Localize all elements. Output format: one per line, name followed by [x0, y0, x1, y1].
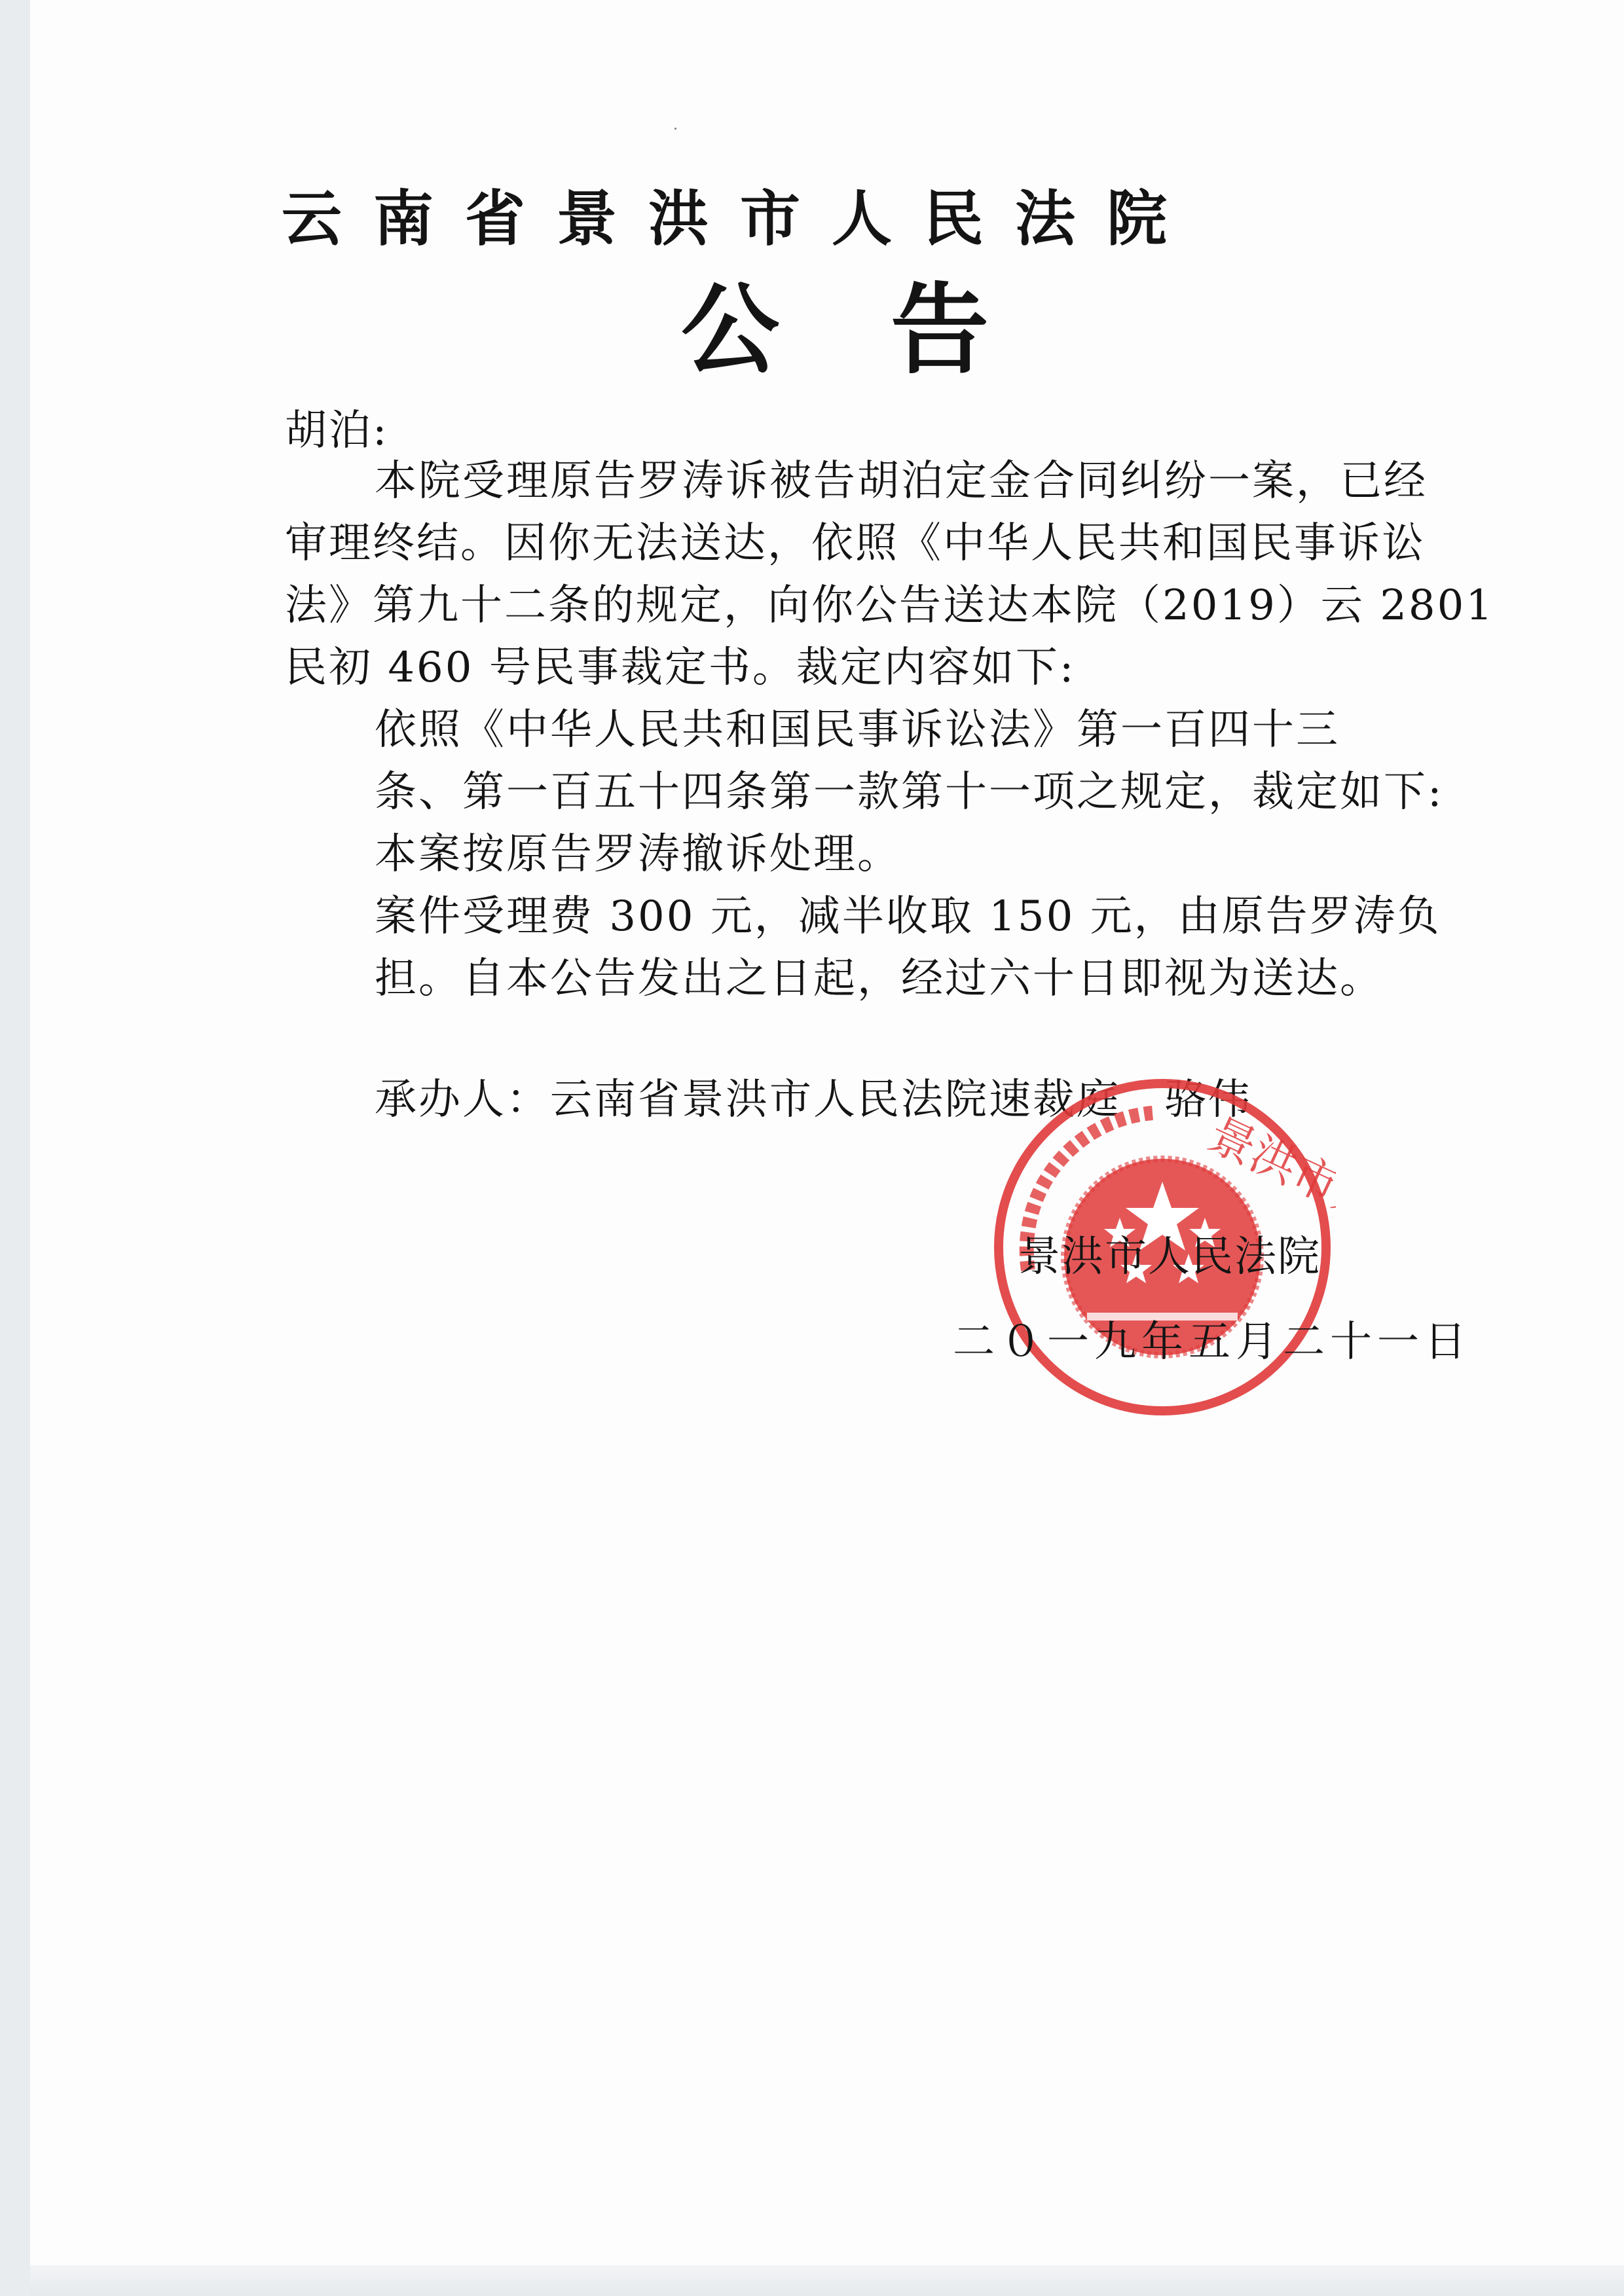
body-line-2: 审理终结。因你无法送达，依照《中华人民共和国民事诉讼: [285, 517, 1426, 570]
ruling-line-4: 案件受理费 300 元，减半收取 150 元，由原告罗涛负: [375, 890, 1441, 943]
body-line-4: 民初 460 号民事裁定书。裁定内容如下:: [285, 642, 1075, 694]
court-name-heading: 云南省景洪市人民法院: [282, 177, 1408, 262]
body-line-3: 法》第九十二条的规定，向你公告送达本院（2019）云 2801: [285, 579, 1494, 632]
body-line-1: 本院受理原告罗涛诉被告胡泊定金合同纠纷一案，已经: [375, 455, 1428, 507]
scan-speck: [674, 128, 676, 130]
signature-court: 景洪市人民法院: [1018, 1231, 1321, 1283]
ruling-line-5: 担。自本公告发出之日起，经过六十日即视为送达。: [375, 953, 1384, 1005]
notice-title: 公告: [681, 272, 1100, 390]
ruling-line-3: 本案按原告罗涛撤诉处理。: [375, 828, 901, 881]
signature-date: 二０一九年五月二十一日: [953, 1316, 1471, 1368]
case-handler: 承办人：云南省景洪市人民法院速裁庭 骆伟: [375, 1074, 1252, 1126]
ruling-line-2: 条、第一百五十四条第一款第十一项之规定，裁定如下:: [375, 766, 1444, 818]
scan-bottom-edge: [30, 2265, 1624, 2296]
ruling-line-1: 依照《中华人民共和国民事诉讼法》第一百四十三: [375, 704, 1340, 756]
addressee: 胡泊:: [285, 405, 389, 457]
